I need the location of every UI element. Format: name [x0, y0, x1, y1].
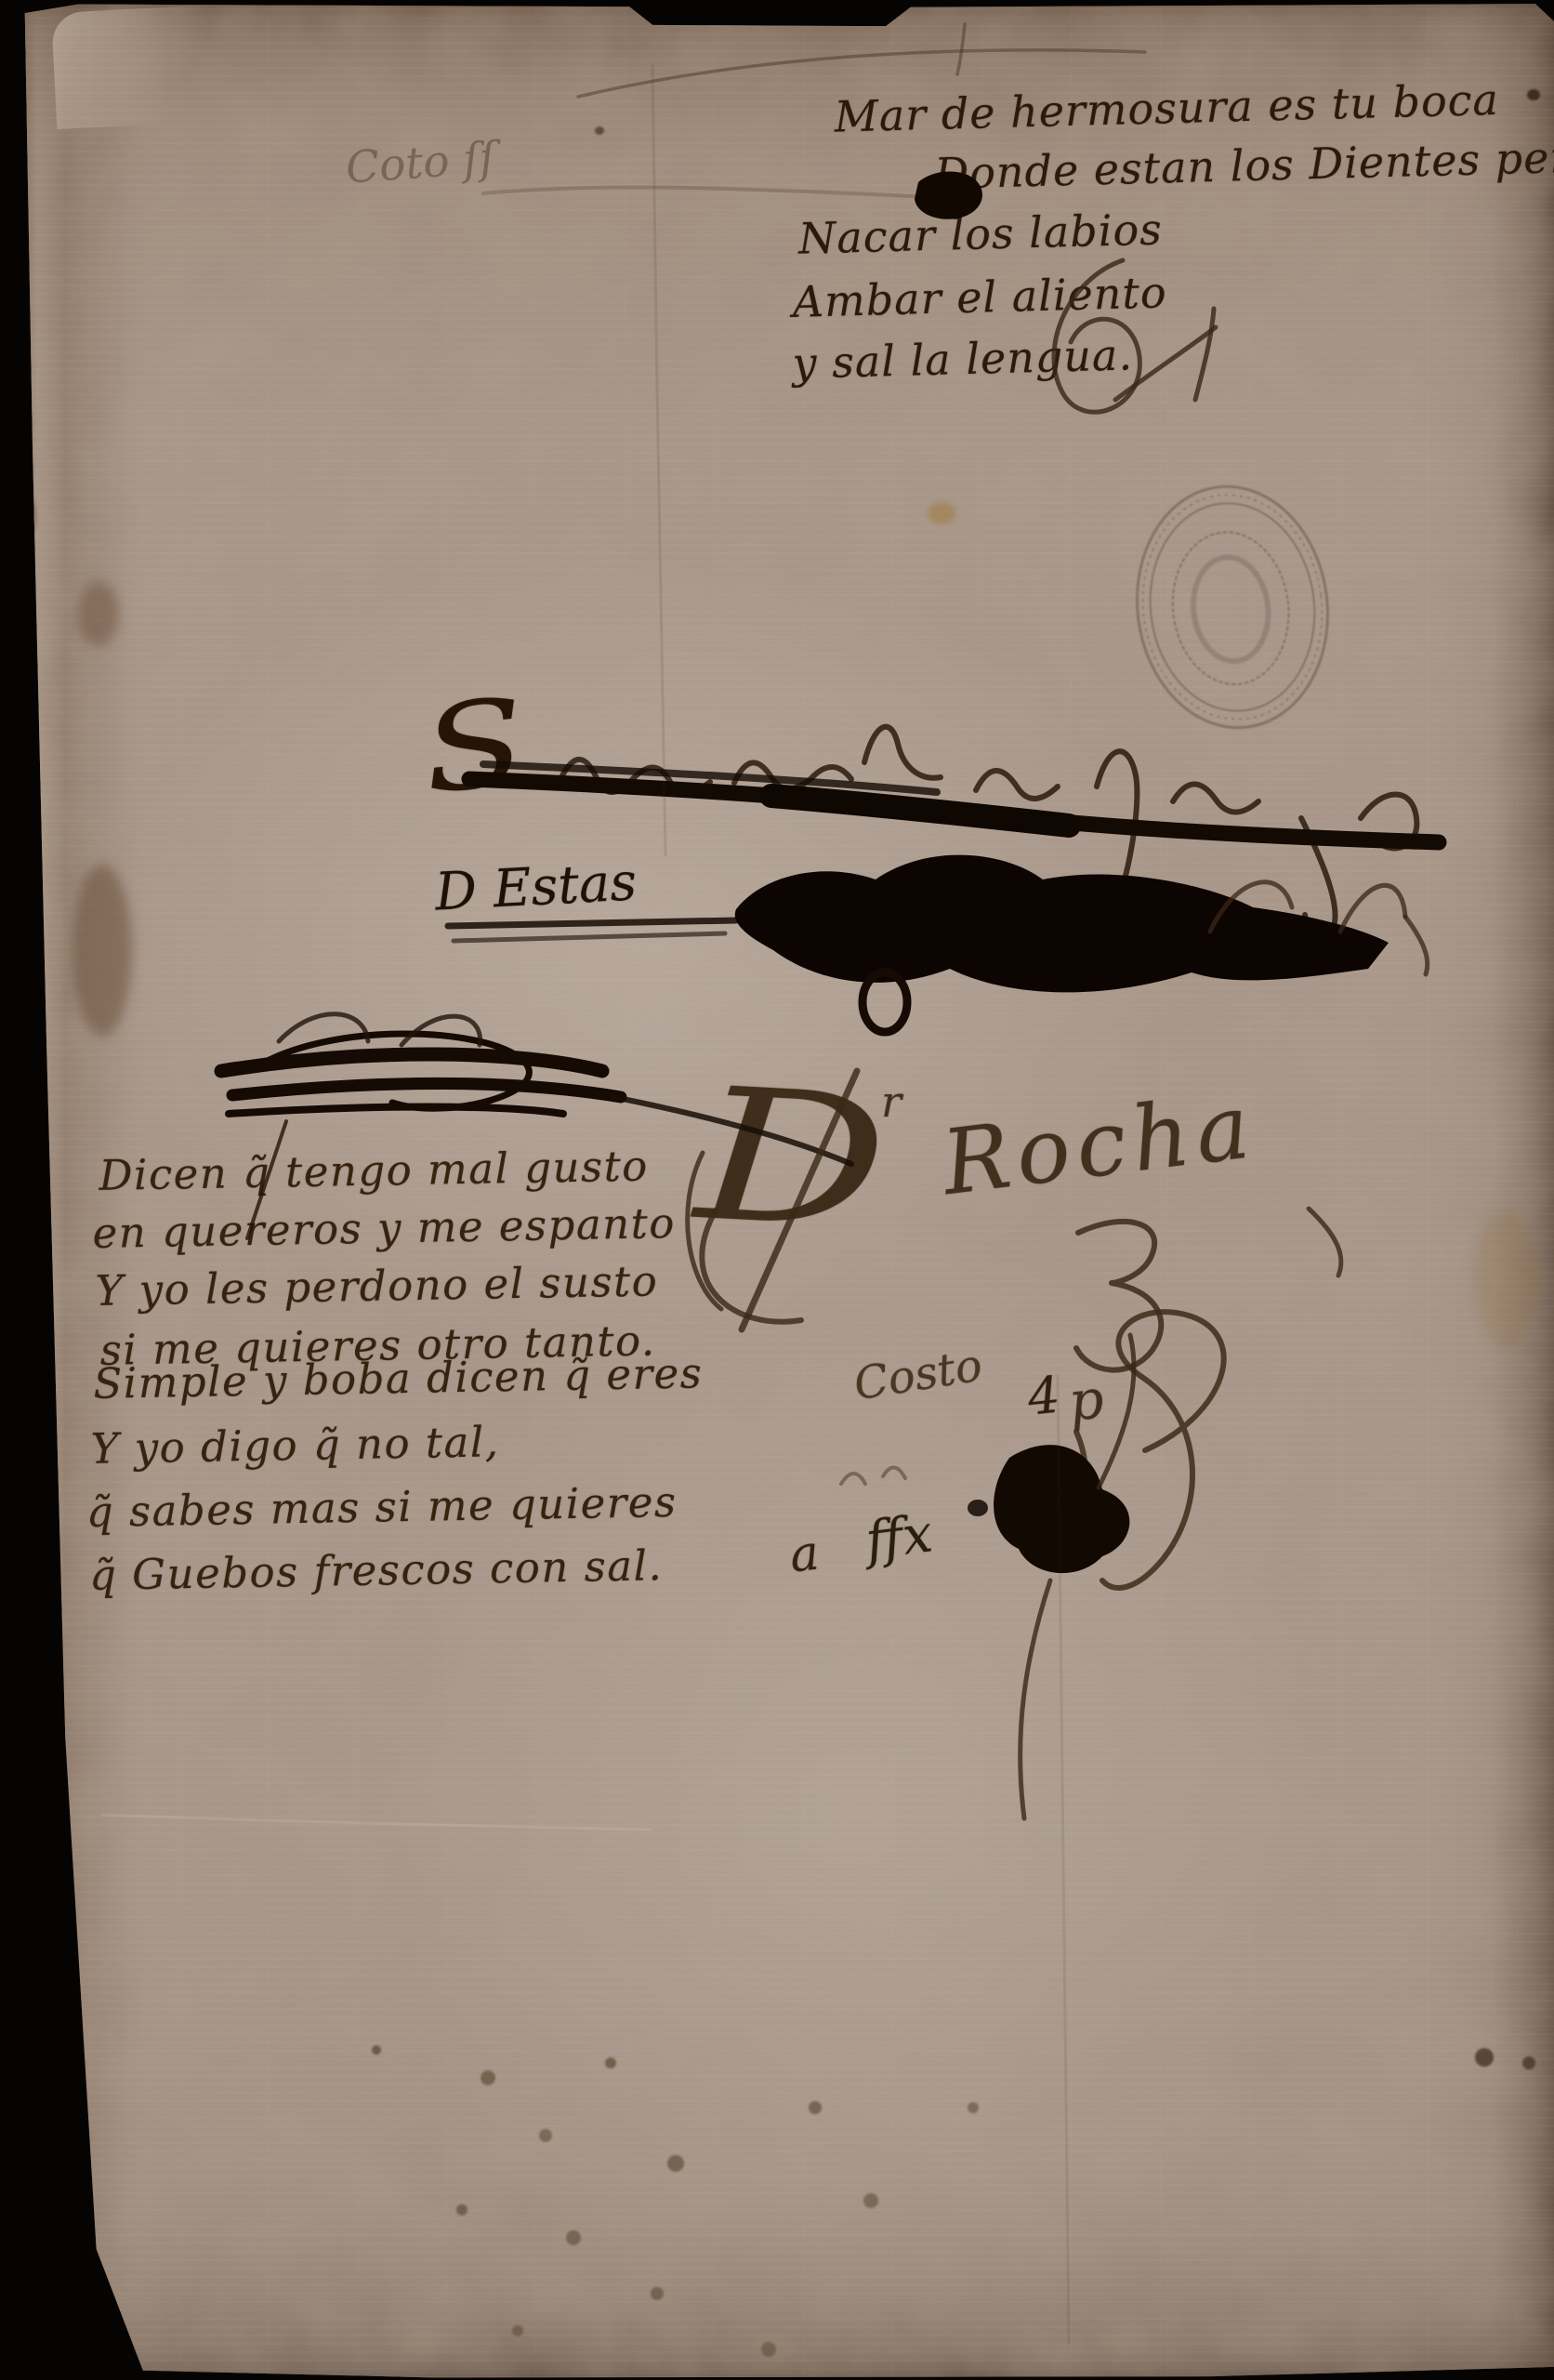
signature-initial: D: [691, 1049, 892, 1270]
speck: [1527, 89, 1540, 100]
owner-seal-stamp: [1124, 476, 1341, 739]
sewing-support-bump: [7, 1859, 37, 1913]
foxing-stains: [372, 2045, 381, 2055]
price-paraph-flourish: [1076, 1312, 1224, 1588]
poem-line: Y yo digo q̃ no tal,: [90, 1417, 500, 1474]
crossed-line2-prefix: D Estas: [433, 852, 638, 922]
poem-line: q̃ sabes mas si me quieres: [86, 1477, 678, 1537]
ink-blot: [735, 855, 1389, 993]
paraph-3-flourish: [1076, 1222, 1161, 1370]
coto-flourish-tail: [483, 187, 971, 199]
sewing-support-bump: [4, 1318, 35, 1391]
poem-line: en quereros y me espanto: [92, 1198, 676, 1258]
poem-line: Dicen q̃ tengo mal gusto: [99, 1142, 649, 1200]
amber-spot: [928, 502, 955, 524]
signature-superscript: r: [881, 1077, 902, 1127]
poem-line: Donde estan los Dientes perlas: [934, 130, 1554, 199]
poem-line: Nacar los labios: [797, 204, 1163, 263]
poem-line: Simple y boba dicen q̃ eres: [93, 1348, 704, 1408]
manuscript-page: Coto ſſ Mar de hermosura es tu boca Dond…: [0, 0, 1554, 2380]
poem-line: Y yo les perdono el susto: [95, 1256, 658, 1316]
faded-coto-inscription: Coto ſſ: [344, 132, 497, 193]
ink-blot: [994, 1445, 1129, 1573]
poem-line: y sal la lengua.: [792, 329, 1134, 389]
signature-surname: Rocha: [937, 1074, 1261, 1215]
sewing-support-bump: [6, 488, 37, 546]
poem-line: Mar de hermosura es tu boca: [834, 74, 1500, 142]
price-word: Costo: [850, 1339, 986, 1410]
page-corner-curl: [51, 2, 275, 129]
crossed-line1-initial: S: [416, 673, 533, 822]
closing-text: ffx: [863, 1503, 936, 1571]
poem-line: Ambar el aliento: [792, 267, 1167, 327]
right-edge-stain: [1474, 1209, 1539, 1348]
closing-lead: a: [787, 1526, 822, 1584]
poem-line: q̃ Guebos frescos con sal.: [89, 1540, 664, 1600]
sewing-support-bump: [2, 837, 30, 885]
price-number: 4: [1025, 1365, 1063, 1426]
speck: [595, 126, 604, 135]
price-abbr: p: [1066, 1367, 1107, 1434]
margin-stain: [72, 865, 132, 1037]
margin-stain: [78, 581, 119, 646]
